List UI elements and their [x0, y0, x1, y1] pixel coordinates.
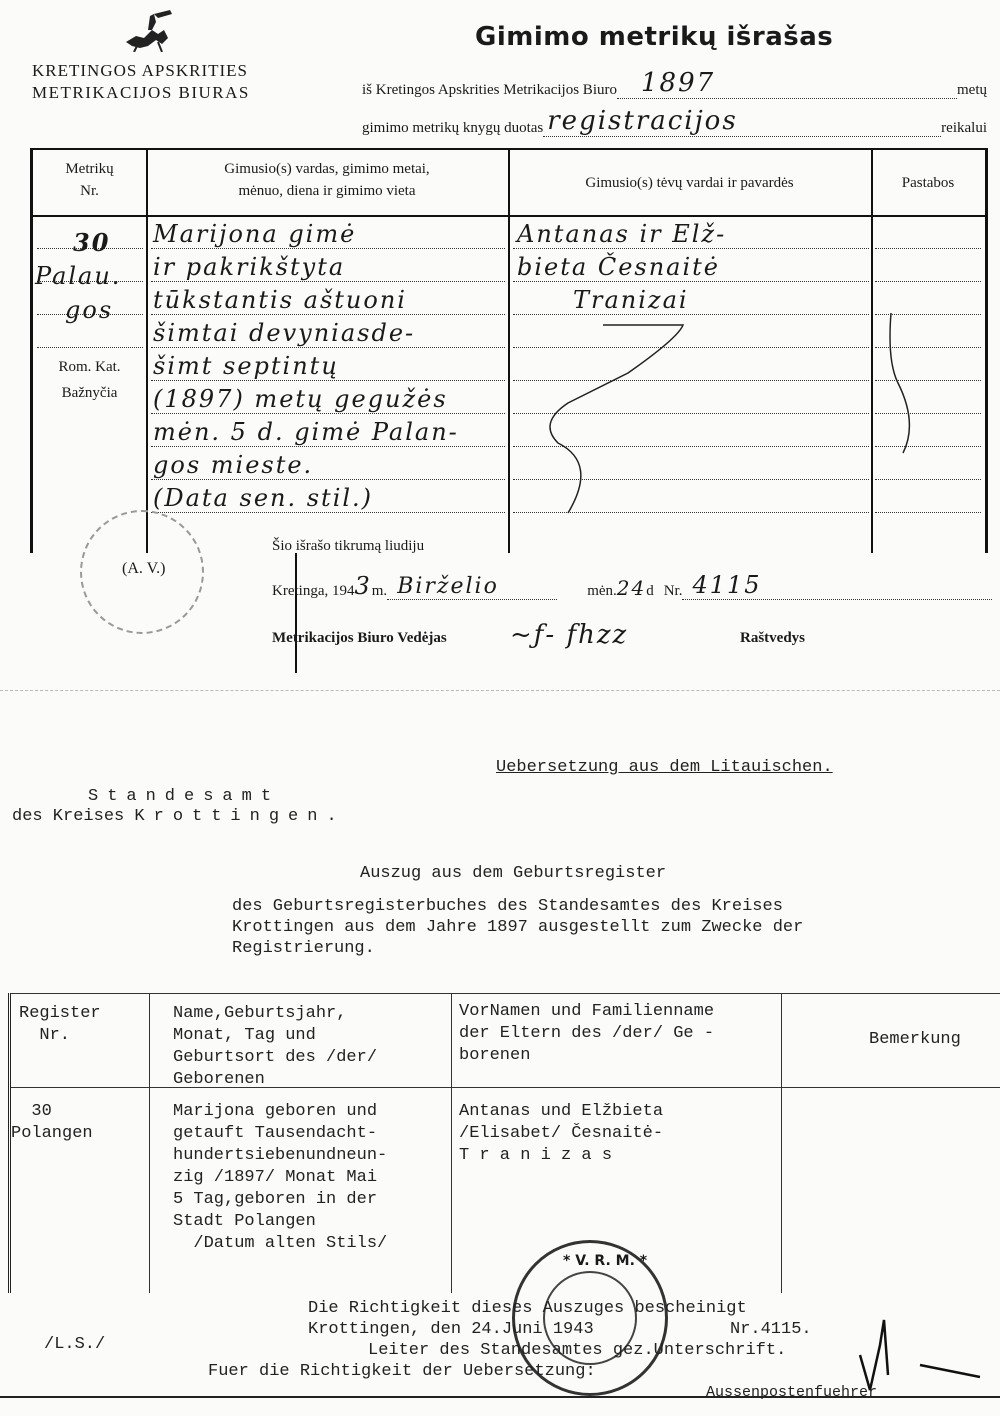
document-title: Gimimo metrikų išrašas [475, 22, 833, 52]
col-header-birth-details: Gimusio(s) vardas, gimimo metai, mėnuo, … [146, 158, 508, 202]
registry-office-line-2: des Kreises Krottingen. [12, 807, 346, 826]
birth-line: šimtai devyniasde- [153, 319, 415, 347]
parents-line: Tranizai [573, 286, 689, 314]
registrar-label: Metrikacijos Biuro Vedėjas [272, 630, 447, 647]
col-header-parents: Gimusio(s) tėvų vardai ir pavardės [508, 172, 871, 194]
birth-line: tūkstantis aštuoni [153, 286, 407, 314]
seal-label: (A. V.) [122, 560, 165, 578]
birth-line: ir pakrikštyta [153, 253, 345, 281]
de-col-header-remarks: Bemerkung [869, 1029, 961, 1051]
cancellation-stroke-icon [508, 313, 985, 553]
purpose-suffix: reikalui [941, 120, 987, 137]
col-header-remarks: Pastabos [871, 172, 985, 194]
page-fold-divider [0, 690, 1000, 691]
nr-handwritten: 4115 [692, 571, 761, 599]
fold-line [295, 553, 297, 673]
record-place-1: Palau. [35, 262, 121, 290]
purpose-prefix: gimimo metrikų knygų duotas [362, 120, 543, 137]
de-seal-label: /L.S./ [44, 1335, 105, 1354]
clerk-label: Raštvedys [740, 630, 805, 647]
date-line: Kretinga, 194 3 m. Birželio mėn. 24 d Nr… [272, 572, 992, 600]
de-col-header-register-nr: Register Nr. [19, 1003, 101, 1047]
source-line: iš Kretingos Apskrities Metrikacijos Biu… [362, 82, 987, 99]
birth-line: mėn. 5 d. gimė Palan- [153, 418, 459, 446]
extract-description: des Geburtsregisterbuches des Standesamt… [232, 896, 952, 959]
de-birth-details: Marijona geboren und getauft Tausendacht… [173, 1101, 387, 1255]
de-date-line: Krottingen, den 24.Juni 1943 [308, 1320, 594, 1339]
record-number: 30 [73, 228, 110, 257]
birth-line: Marijona gimė [153, 220, 356, 248]
parents-line: bieta Česnaitė [517, 253, 720, 281]
de-col-header-birth: Name,Geburtsjahr, Monat, Tag und Geburts… [173, 1003, 377, 1091]
issuing-office: KRETINGOS APSKRITIES METRIKACIJOS BIURAS [32, 60, 250, 104]
de-translation-attest: Fuer die Richtigkeit der Uebersetzung: [208, 1362, 596, 1381]
church-label: Rom. Kat. Bažnyčia [33, 354, 146, 406]
official-seal-av: (A. V.) [80, 510, 204, 634]
birth-line: (Data sen. stil.) [153, 484, 373, 512]
source-suffix: metų [957, 82, 987, 99]
office-line-1: KRETINGOS APSKRITIES [32, 60, 250, 82]
year-digit-handwritten: 3 [354, 572, 371, 600]
vytis-emblem-icon [118, 8, 178, 52]
attestation-text: Šio išrašo tikrumą liudiju [272, 538, 424, 555]
de-nr: Nr.4115. [730, 1320, 812, 1339]
de-col-header-parents: VorNamen und Familienname der Eltern des… [459, 1001, 714, 1067]
registrar-signature: ~ƒ- fhzz [510, 620, 628, 650]
col-header-record-nr: Metrikų Nr. [33, 158, 146, 202]
de-attest-line: Die Richtigkeit dieses Auszuges beschein… [308, 1299, 747, 1318]
source-prefix: iš Kretingos Apskrities Metrikacijos Biu… [362, 82, 617, 99]
office-line-2: METRIKACIJOS BIURAS [32, 82, 250, 104]
de-signer-line: Leiter des Standesamtes gez.Unterschrift… [368, 1341, 786, 1360]
registry-office-line-1: Standesamt [88, 787, 280, 806]
parents-line: Antanas ir Elž- [517, 220, 726, 248]
purpose-handwritten: registracijos [547, 106, 737, 136]
page-bottom-edge [0, 1396, 1000, 1398]
de-parents: Antanas und Elžbieta /Elisabet/ Česnaitė… [459, 1101, 663, 1167]
birth-line: gos mieste. [153, 451, 313, 479]
lithuanian-record-table: Metrikų Nr. Gimusio(s) vardas, gimimo me… [30, 148, 988, 553]
translation-heading: Uebersetzung aus dem Litauischen. [496, 758, 833, 777]
extract-title: Auszug aus dem Geburtsregister [360, 864, 666, 883]
birth-line: (1897) metų gegužės [153, 385, 448, 413]
record-place-2: gos [65, 296, 113, 324]
year-handwritten: 1897 [641, 68, 715, 98]
birth-line: šimt septintų [153, 352, 339, 380]
german-record-table: Register Nr. Name,Geburtsjahr, Monat, Ta… [8, 993, 1000, 1293]
purpose-line: gimimo metrikų knygų duotas registracijo… [362, 120, 987, 137]
de-register-nr: 30 Polangen [11, 1101, 93, 1145]
day-handwritten: 24 [617, 576, 646, 600]
month-handwritten: Birželio [397, 574, 499, 599]
translator-signature [840, 1315, 990, 1395]
